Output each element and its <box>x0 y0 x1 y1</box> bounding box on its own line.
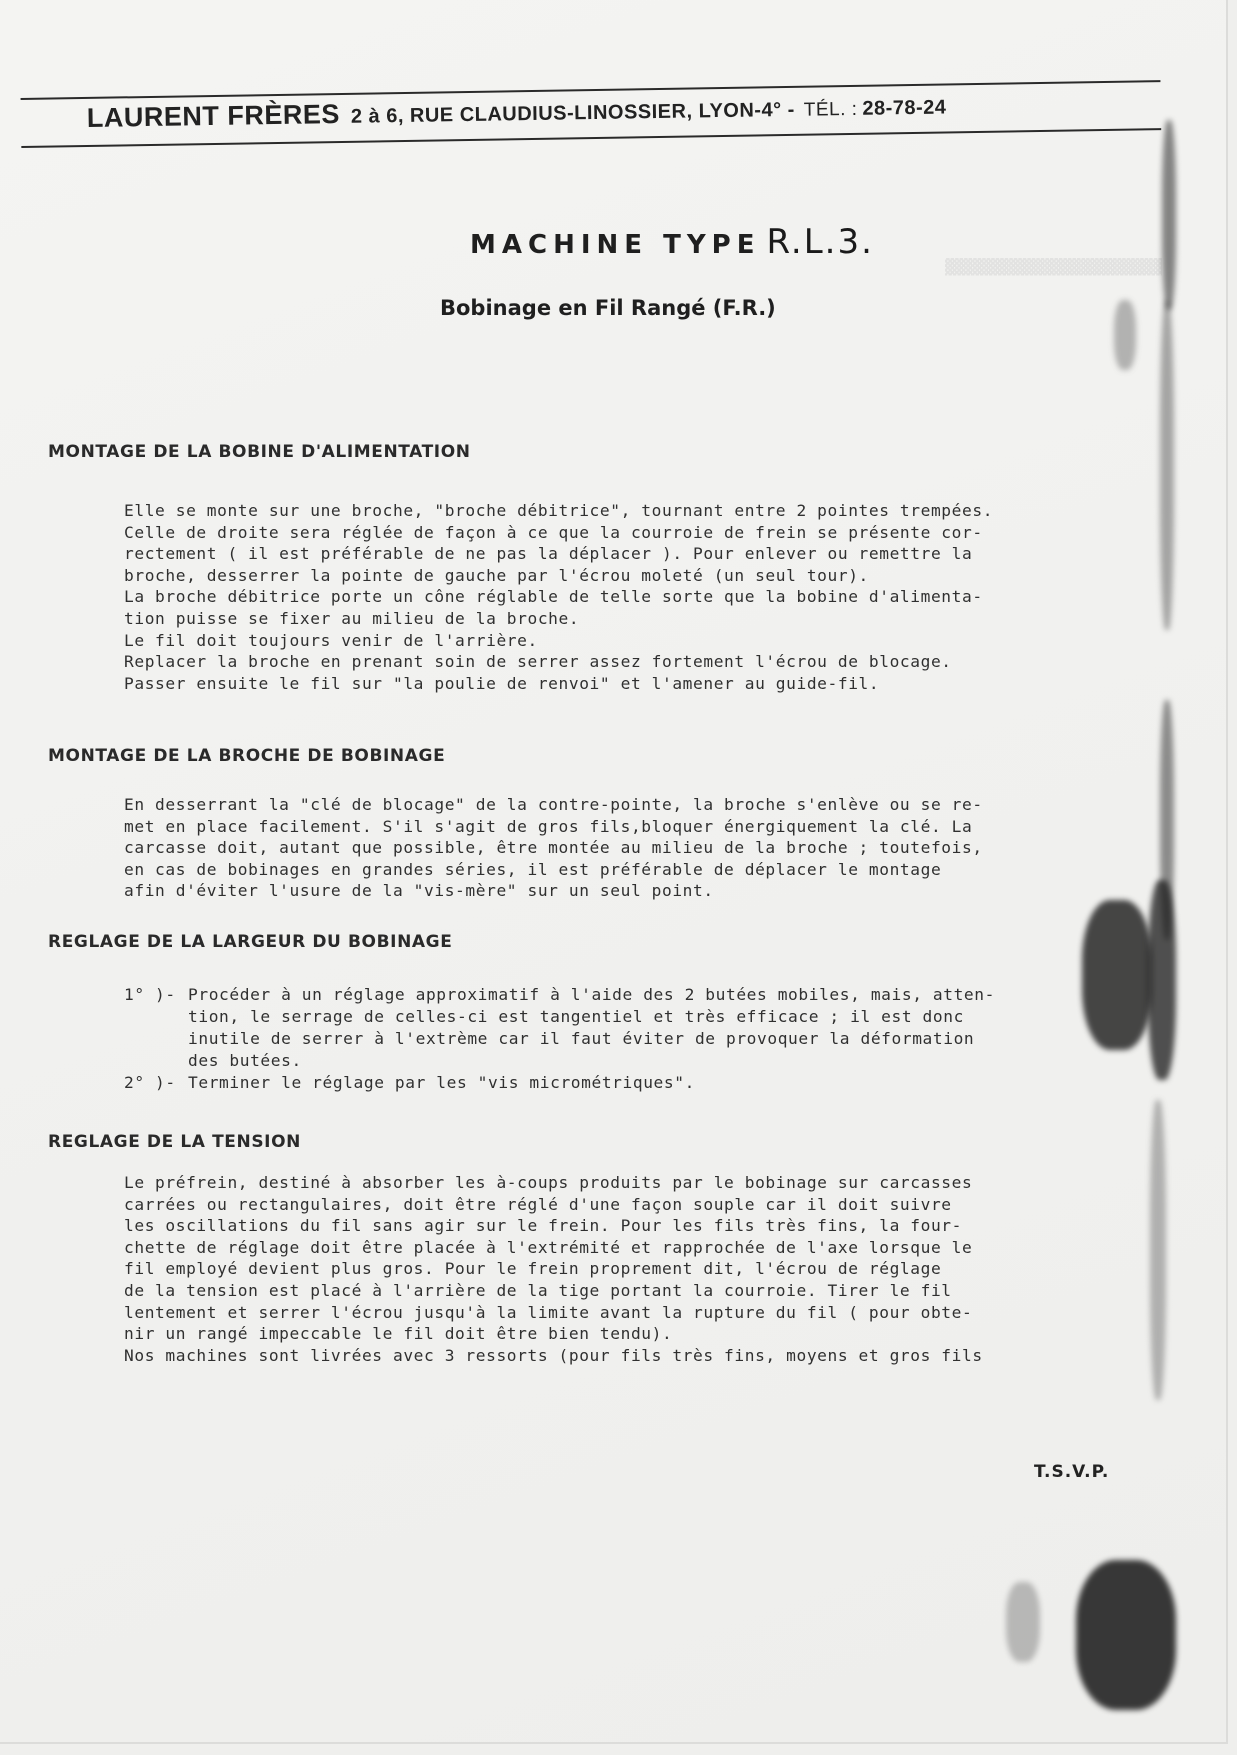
text-line: chette de réglage doit être placée à l'e… <box>124 1237 1174 1259</box>
toner-smudge <box>1006 1582 1040 1662</box>
section-heading: REGLAGE DE LA LARGEUR DU BOBINAGE <box>48 932 452 952</box>
company-address: 2 à 6, RUE CLAUDIUS-LINOSSIER, LYON-4° - <box>351 99 795 128</box>
text-line: Celle de droite sera réglée de façon à c… <box>124 522 1174 544</box>
list-item: 1° )- Procéder à un réglage approximatif… <box>124 984 995 1072</box>
tsvp-footer: T.S.V.P. <box>1034 1462 1109 1482</box>
text-line: nir un rangé impeccable le fil doit être… <box>124 1323 1174 1345</box>
toner-smudge <box>1114 300 1136 370</box>
text-line: Le préfrein, destiné à absorber les à-co… <box>124 1172 1174 1194</box>
list-item: 2° )- Terminer le réglage par les "vis m… <box>124 1072 995 1094</box>
letterhead: LAURENT FRÈRES 2 à 6, RUE CLAUDIUS-LINOS… <box>20 44 1161 146</box>
section-body: En desserrant la "clé de blocage" de la … <box>124 794 1174 902</box>
text-line: inutile de serrer à l'extrème car il fau… <box>188 1028 995 1050</box>
document-title: MACHINE TYPER.L.3. <box>470 222 874 262</box>
text-line: En desserrant la "clé de blocage" de la … <box>124 794 1174 816</box>
text-line: tion puisse se fixer au milieu de la bro… <box>124 608 1174 630</box>
toner-smudge <box>1160 300 1174 630</box>
section-heading: MONTAGE DE LA BROCHE DE BOBINAGE <box>48 746 445 766</box>
text-line: Passer ensuite le fil sur "la poulie de … <box>124 673 1174 695</box>
section-heading: REGLAGE DE LA TENSION <box>48 1132 301 1152</box>
text-line: en cas de bobinages en grandes séries, i… <box>124 859 1174 881</box>
company-name: LAURENT FRÈRES <box>87 99 340 133</box>
telephone-label: TÉL. : <box>804 99 858 121</box>
text-line: met en place facilement. S'il s'agit de … <box>124 816 1174 838</box>
text-line: Terminer le réglage par les "vis micromé… <box>188 1072 995 1094</box>
toner-smudge <box>1150 1100 1166 1400</box>
text-line: rectement ( il est préférable de ne pas … <box>124 543 1174 565</box>
text-line: les oscillations du fil sans agir sur le… <box>124 1215 1174 1237</box>
text-line: broche, desserrer la pointe de gauche pa… <box>124 565 1174 587</box>
section-body: Elle se monte sur une broche, "broche dé… <box>124 500 1174 694</box>
text-line: lentement et serrer l'écrou jusqu'à la l… <box>124 1302 1174 1324</box>
text-line: des butées. <box>188 1050 995 1072</box>
text-line: fil employé devient plus gros. Pour le f… <box>124 1258 1174 1280</box>
text-line: de la tension est placé à l'arrière de l… <box>124 1280 1174 1302</box>
toner-smudge <box>1162 120 1176 310</box>
text-line: Nos machines sont livrées avec 3 ressort… <box>124 1345 1174 1367</box>
text-line: Procéder à un réglage approximatif à l'a… <box>188 984 995 1006</box>
text-line: Replacer la broche en prenant soin de se… <box>124 651 1174 673</box>
bleed-through-text: ▓▓▓▓▓▓▓▓▓▓▓▓▓▓▓▓▓▓▓▓▓▓▓▓ <box>945 258 1162 276</box>
toner-smudge <box>1082 900 1152 1050</box>
text-line: Elle se monte sur une broche, "broche dé… <box>124 500 1174 522</box>
text-line: carrées ou rectangulaires, doit être rég… <box>124 1194 1174 1216</box>
text-line: carcasse doit, autant que possible, être… <box>124 837 1174 859</box>
text-line: afin d'éviter l'usure de la "vis-mère" s… <box>124 880 1174 902</box>
toner-smudge <box>1148 880 1176 1080</box>
document-subtitle: Bobinage en Fil Rangé (F.R.) <box>440 296 776 320</box>
text-line: La broche débitrice porte un cône réglab… <box>124 586 1174 608</box>
list-number: 2° )- <box>124 1072 176 1094</box>
scanned-page: ▓▓▓▓▓▓▓▓▓▓▓▓▓▓▓▓▓▓▓▓▓▓▓▓ LAURENT FRÈRES … <box>0 0 1228 1744</box>
section-body: Le préfrein, destiné à absorber les à-co… <box>124 1172 1174 1366</box>
section-heading: MONTAGE DE LA BOBINE D'ALIMENTATION <box>48 442 471 462</box>
text-line: Le fil doit toujours venir de l'arrière. <box>124 630 1174 652</box>
handwritten-model: R.L.3. <box>766 222 873 262</box>
numbered-list: 1° )- Procéder à un réglage approximatif… <box>124 984 995 1094</box>
title-text: MACHINE TYPE <box>470 230 760 260</box>
toner-smudge <box>1076 1560 1176 1710</box>
text-line: tion, le serrage de celles-ci est tangen… <box>188 1006 995 1028</box>
telephone-number: 28-78-24 <box>862 96 946 119</box>
list-number: 1° )- <box>124 984 176 1006</box>
